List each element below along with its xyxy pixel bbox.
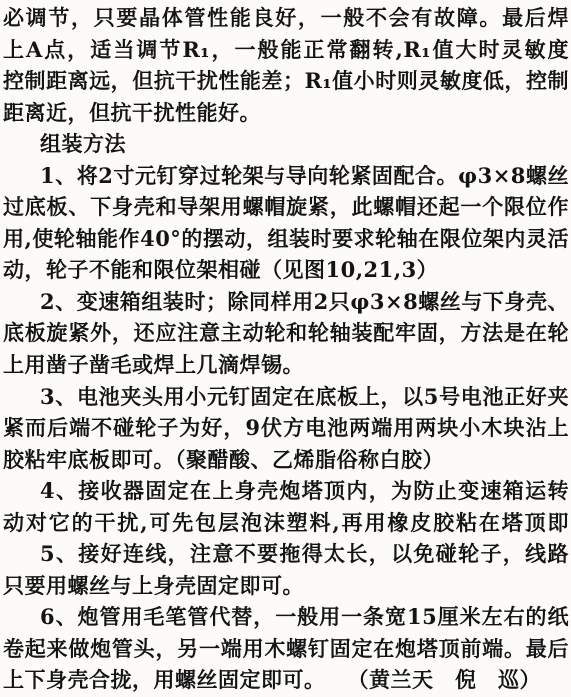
text-line: 动，轮子不能和限位架相碰（见图10,21,3） [3,254,569,286]
text-line: 上下身壳合拢，用螺丝固定即可。 （黄兰天 倪 巡） [3,664,569,696]
page-text: 必调节，只要晶体管性能良好，一般不会有故障。最后焊上A点，适当调节R₁，一般能正… [3,2,569,696]
text-line: 5、接好连线，注意不要拖得太长，以免碰轮子，线路板 [3,538,569,570]
text-line: 用,使轮轴能作40°的摆动，组装时要求轮轴在限位架内灵活滑 [3,223,569,255]
text-line: 过底板、下身壳和导架用螺帽旋紧，此螺帽还起一个限位作 [3,191,569,223]
text-line: 只要用螺丝与上身壳固定即可。 [3,570,569,602]
text-line: 上A点，适当调节R₁，一般能正常翻转,R₁值大时灵敏度高： [3,34,569,66]
document-page: 必调节，只要晶体管性能良好，一般不会有故障。最后焊上A点，适当调节R₁，一般能正… [0,0,571,697]
text-line: 距离近，但抗干扰性能好。 [3,97,569,129]
text-line: 4、接收器固定在上身壳炮塔顶内，为防止变速箱运转振 [3,475,569,507]
text-line: 动对它的干扰,可先包层泡沫塑料,再用橡皮胶粘在塔顶即可。 [3,507,569,539]
text-line: 1、将2寸元钉穿过轮架与导向轮紧固配合。φ3×8螺丝穿 [3,160,569,192]
text-line: 3、电池夹头用小元钉固定在底板上，以5号电池正好夹 [3,381,569,413]
text-line: 底板旋紧外，还应注意主动轮和轮轴装配牢固，方法是在轮轴 [3,317,569,349]
text-line: 6、炮管用毛笔管代替，一般用一条宽15厘米左右的纸条 [3,601,569,633]
text-line: 控制距离远，但抗干扰性能差；R₁值小时则灵敏度低，控制 [3,65,569,97]
text-line: 必调节，只要晶体管性能良好，一般不会有故障。最后焊 [3,2,569,34]
text-line: 2、变速箱组装时；除同样用2只φ3×8螺丝与下身壳、 [3,286,569,318]
text-line: 卷起来做炮管头，另一端用木螺钉固定在炮塔顶前端。最后将 [3,633,569,665]
text-line: 组装方法 [3,128,569,160]
text-line: 紧而后端不碰轮子为好，9伏方电池两端用两块小木块沾上白 [3,412,569,444]
text-line: 上用凿子凿毛或焊上几滴焊锡。 [3,349,569,381]
text-line: 胶粘牢底板即可。（聚醋酸、乙烯脂俗称白胶） [3,444,569,476]
